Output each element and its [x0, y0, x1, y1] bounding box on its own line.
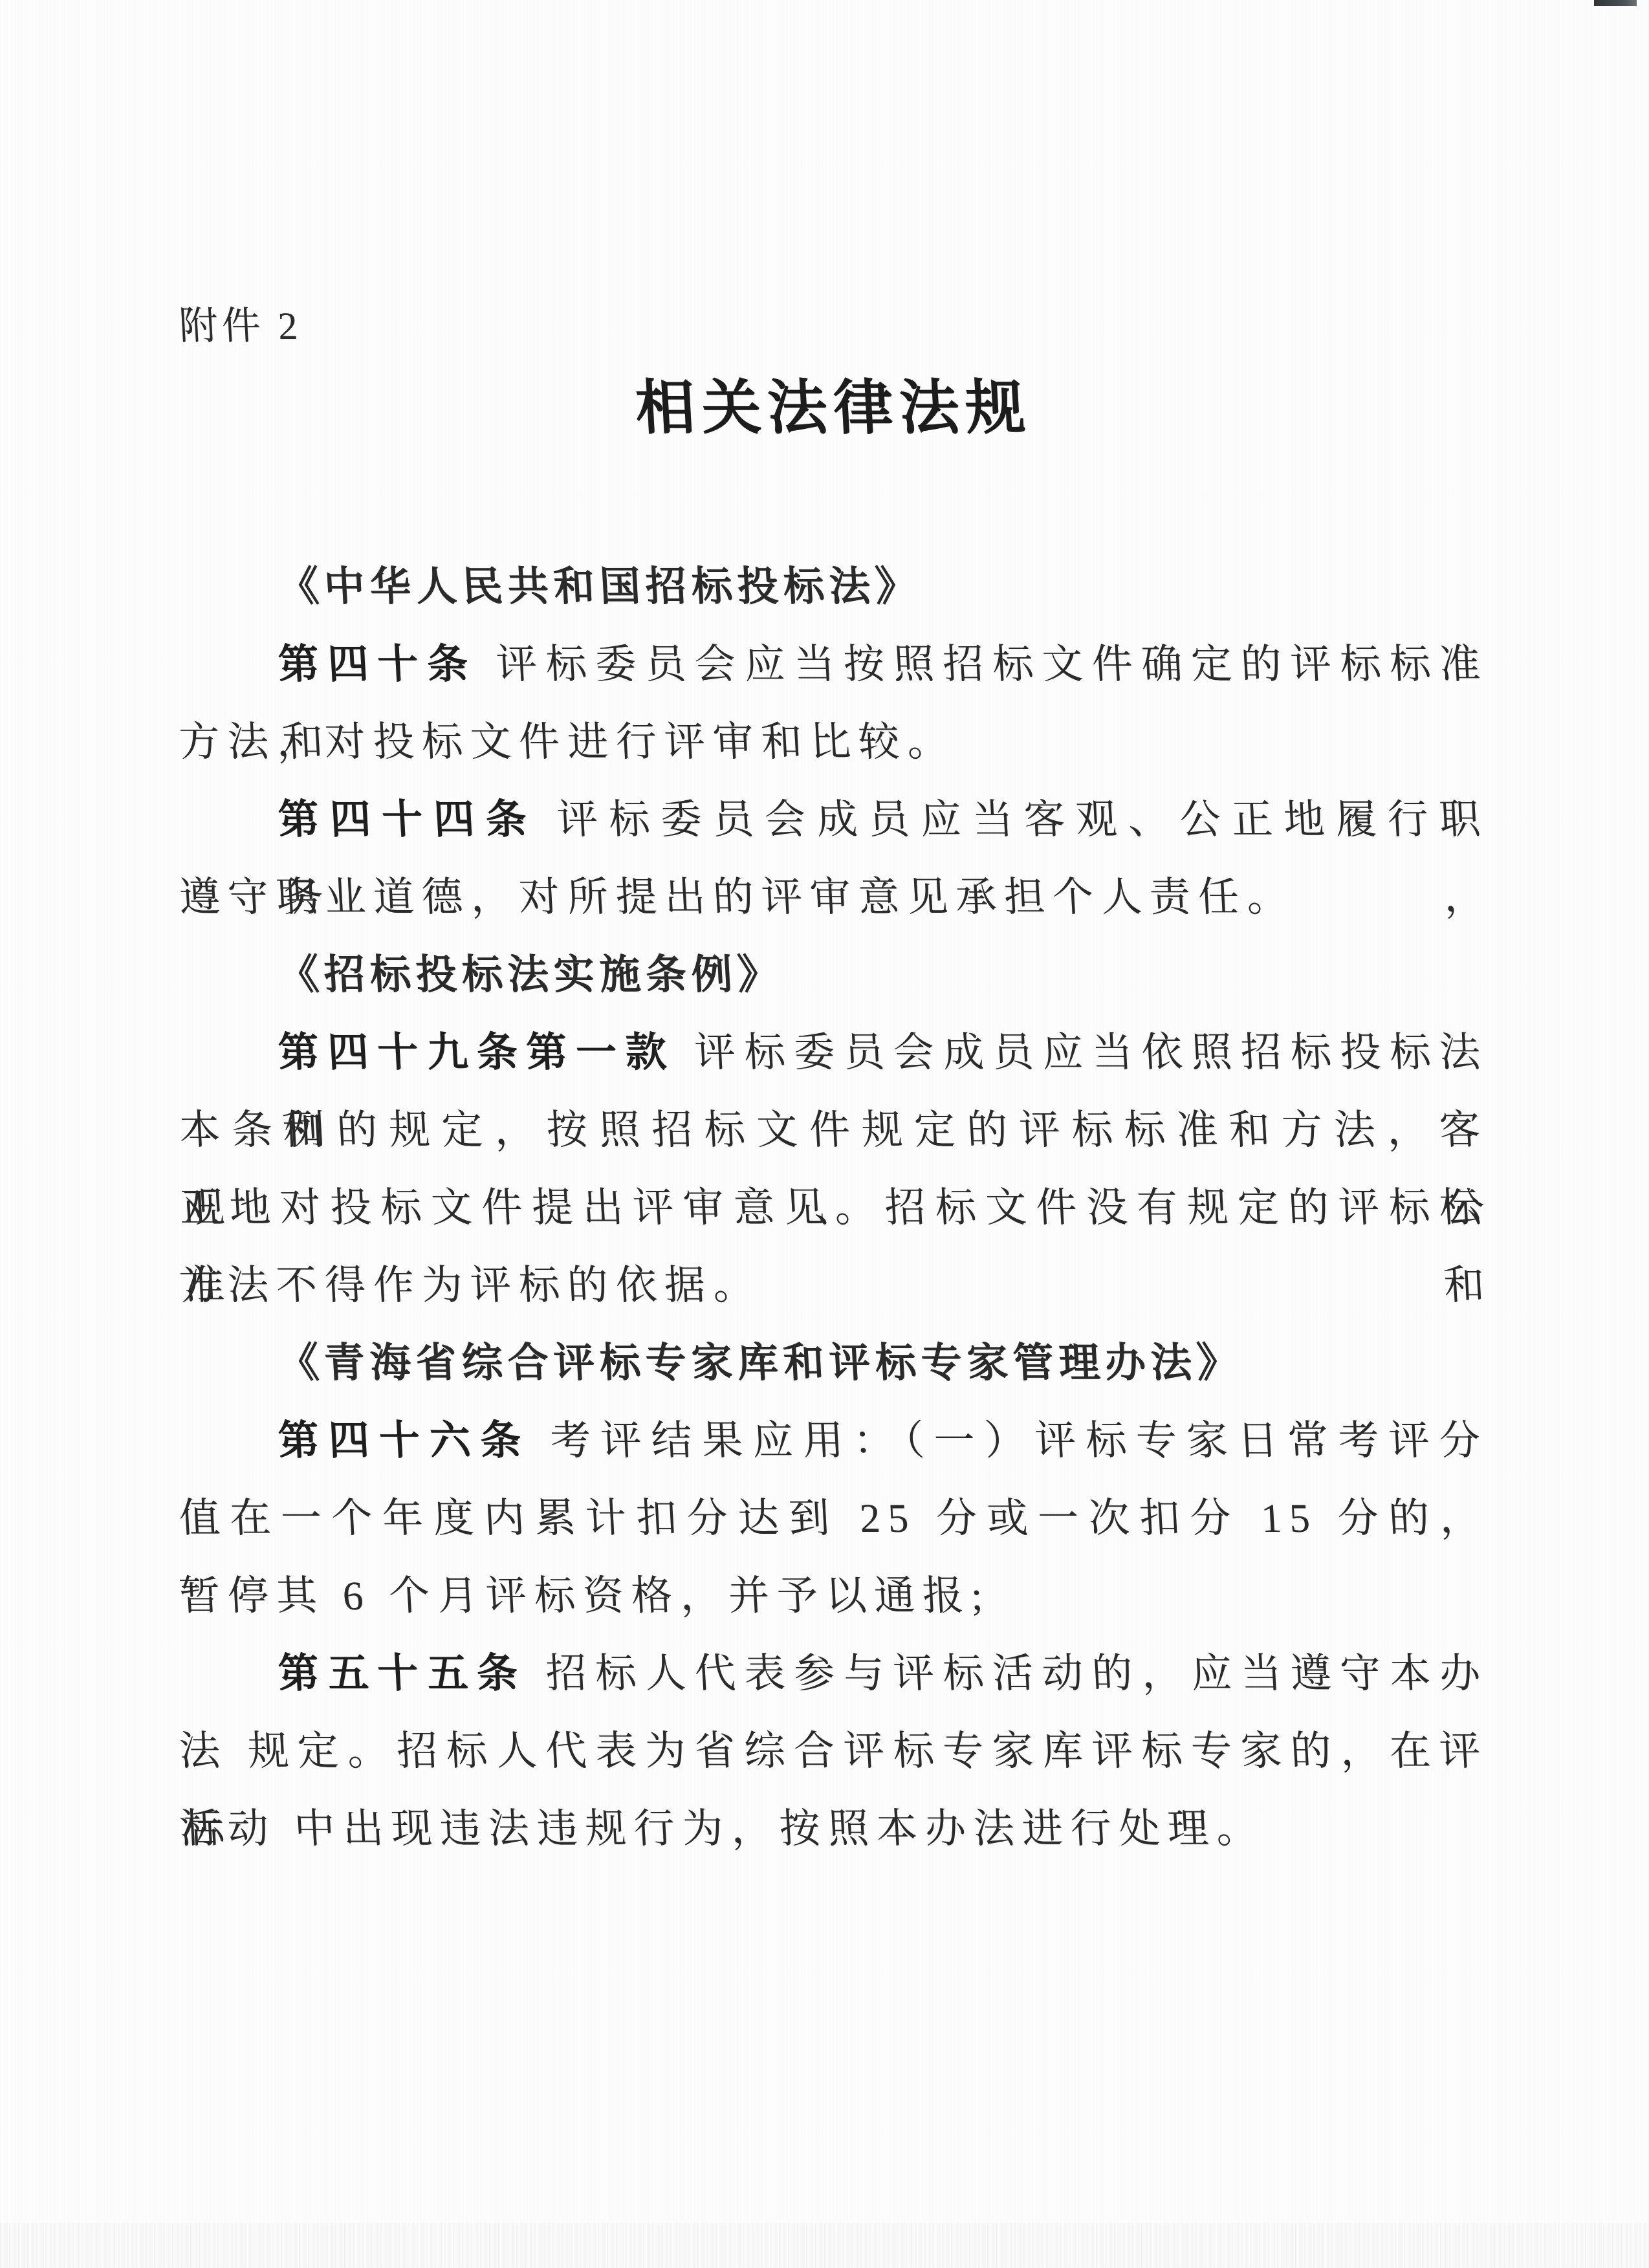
document-heading-line: 《招标投标法实施条例》 [177, 936, 1491, 1014]
document-heading-line: 《青海省综合评标专家库和评标专家管理办法》 [177, 1324, 1491, 1402]
page-title: 相关法律法规 [177, 371, 1490, 446]
document-text-line: 第四十六条考评结果应用：（一）评标专家日常考评分 [177, 1402, 1491, 1479]
document-text-line: 方法，对投标文件进行评审和比较。 [177, 703, 1491, 781]
document-text-line: 方法不得作为评标的依据。 [177, 1247, 1491, 1324]
document-text-line: 值在一个年度内累计扣分达到 25 分或一次扣分 15 分的， [177, 1479, 1491, 1557]
line-text: 暂停其 6 个月评标资格，并予以通报; [178, 1573, 991, 1619]
line-text: 遵守职业道德，对所提出的评审意见承担个人责任。 [178, 875, 1296, 920]
line-text: 考评结果应用：（一）评标专家日常考评分 [549, 1418, 1489, 1463]
article-number: 第四十六条 [277, 1418, 532, 1463]
document-text-line: 本条例的规定，按照招标文件规定的评标标准和方法，客观、公 [177, 1091, 1491, 1169]
document-text-line: 遵守职业道德，对所提出的评审意见承担个人责任。 [177, 858, 1491, 936]
scan-artifact-mark [1594, 0, 1637, 6]
document-text-line: 第四十九条第一款评标委员会成员应当依照招标投标法和 [177, 1014, 1491, 1091]
line-text: 招标人代表参与评标活动的，应当遵守本办 [545, 1651, 1489, 1696]
line-text: 活动 中出现违法违规行为，按照本办法进行处理。 [178, 1806, 1266, 1851]
article-number: 第四十九条第一款 [277, 1030, 677, 1075]
line-text: 《招标投标法实施条例》 [277, 952, 785, 998]
scanned-page: 附件 2 相关法律法规 《中华人民共和国招标投标法》第四十条评标委员会应当按照招… [179, 299, 1488, 1868]
document-text-line: 法 规定。招标人代表为省综合评标专家库评标专家的，在评标 [177, 1712, 1491, 1790]
line-text: 《青海省综合评标专家库和评标专家管理办法》 [277, 1340, 1244, 1386]
document-text-line: 第四十四条评标委员会成员应当客观、公正地履行职务， [177, 781, 1491, 858]
attachment-label: 附件 2 [178, 299, 1490, 354]
line-text: 《中华人民共和国招标投标法》 [277, 564, 923, 609]
article-number: 第四十条 [277, 642, 478, 687]
document-body: 《中华人民共和国招标投标法》第四十条评标委员会应当按照招标文件确定的评标标准和方… [179, 548, 1488, 1868]
line-text: 方法，对投标文件进行评审和比较。 [178, 719, 957, 765]
article-number: 第五十五条 [277, 1651, 528, 1696]
line-text: 值在一个年度内累计扣分达到 25 分或一次扣分 15 分的， [178, 1496, 1489, 1541]
document-heading-line: 《中华人民共和国招标投标法》 [177, 548, 1491, 626]
document-text-line: 暂停其 6 个月评标资格，并予以通报; [177, 1557, 1491, 1635]
document-text-line: 第四十条评标委员会应当按照招标文件确定的评标标准和 [177, 626, 1491, 703]
article-number: 第四十四条 [277, 797, 539, 842]
document-text-line: 活动 中出现违法违规行为，按照本办法进行处理。 [177, 1790, 1491, 1868]
document-text-line: 正地对投标文件提出评审意见。招标文件没有规定的评标标准和 [177, 1169, 1491, 1247]
line-text: 方法不得作为评标的依据。 [178, 1263, 763, 1308]
document-text-line: 第五十五条招标人代表参与评标活动的，应当遵守本办 [177, 1635, 1491, 1712]
